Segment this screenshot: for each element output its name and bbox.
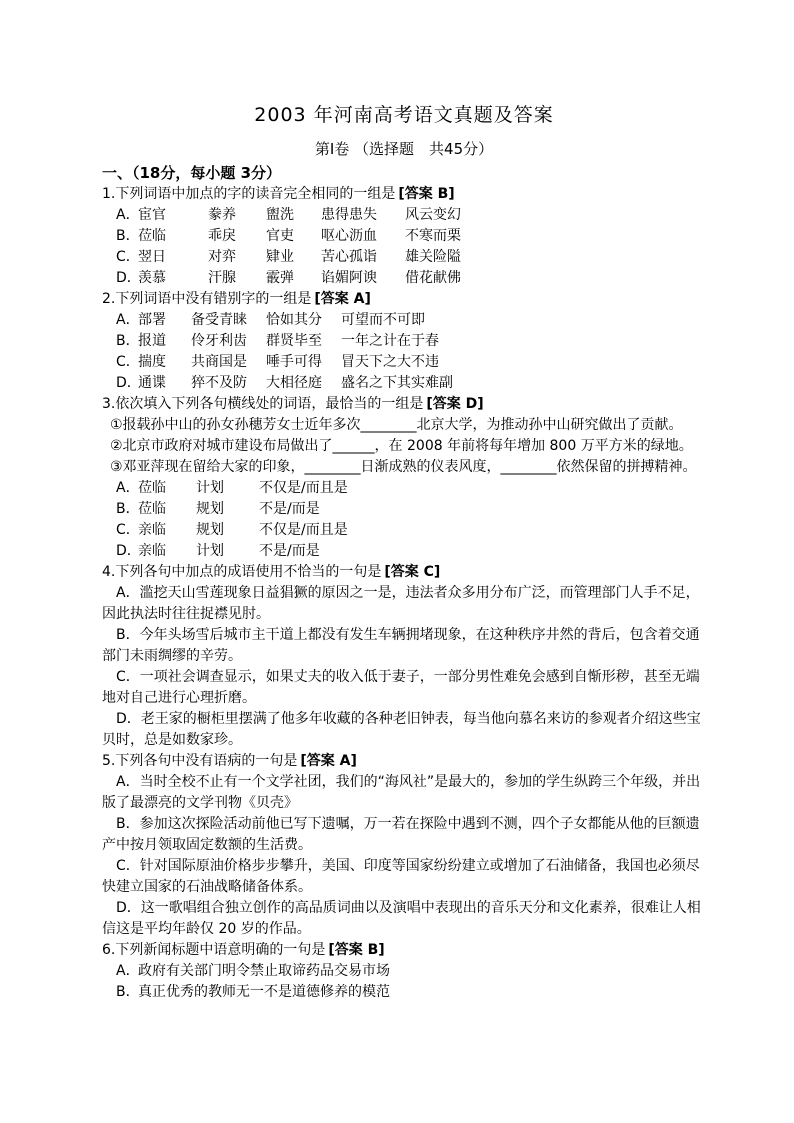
option-label: C． — [116, 669, 140, 685]
option-label: D． — [116, 373, 138, 394]
option-text: 真正优秀的教师无一不是道德修养的模范 — [138, 982, 390, 1003]
option-paragraph-b: B．今年头场雪后城市主干道上都没有发生车辆拥堵现象，在这种秩序井然的背后，包含着… — [102, 625, 706, 667]
option-label: D． — [116, 268, 138, 289]
option-word: 盥洗 — [266, 205, 321, 226]
option-word: 借花献佛 — [405, 268, 461, 289]
option-word: 可望而不可即 — [341, 310, 425, 331]
option-label: B． — [116, 816, 140, 832]
option-word: 计划 — [196, 478, 259, 499]
question-4-stem: 4.下列各句中加点的成语使用不恰当的一句是[答案 C] — [102, 562, 706, 583]
option-row-d: D．亲临计划不是/而是 — [102, 541, 706, 562]
option-paragraph-c: C．针对国际原油价格步步攀升，美国、印度等国家纷纷建立或增加了石油储备，我国也必… — [102, 856, 706, 898]
option-label: C． — [116, 858, 140, 874]
option-word: 部署 — [138, 310, 191, 331]
option-paragraph-b: B．参加这次探险活动前他已写下遗嘱，万一若在探险中遇到不测，四个子女都能从他的巨… — [102, 814, 706, 856]
option-word: 羡慕 — [138, 268, 208, 289]
option-text: 今年头场雪后城市主干道上都没有发生车辆拥堵现象，在这种秩序井然的背后，包含着交通… — [102, 627, 700, 664]
stem-text: 1.下列词语中加点的字的读音完全相同的一组是 — [102, 186, 395, 202]
option-row-d: D．羡慕汗腺霰弹谄媚阿谀借花献佛 — [102, 268, 706, 289]
option-word: 官吏 — [266, 226, 321, 247]
option-word: 莅临 — [138, 226, 208, 247]
option-paragraph-d: D．老王家的橱柜里摆满了他多年收藏的各种老旧钟表，每当他向慕名来访的参观者介绍这… — [102, 709, 706, 751]
option-word: 对弈 — [208, 247, 266, 268]
option-word: 雄关险隘 — [405, 247, 461, 268]
option-word: 唾手可得 — [266, 352, 341, 373]
answer-badge: [答案 D] — [426, 396, 483, 412]
option-word: 宦官 — [138, 205, 208, 226]
option-word: 豢养 — [208, 205, 266, 226]
option-word: 猝不及防 — [191, 373, 266, 394]
option-label: C． — [116, 352, 138, 373]
option-label: B． — [116, 331, 138, 352]
option-word: 规划 — [196, 520, 259, 541]
option-word: 不寒而栗 — [405, 226, 461, 247]
option-text: 参加这次探险活动前他已写下遗嘱，万一若在探险中遇到不测，四个子女都能从他的巨额遗… — [102, 816, 700, 853]
question-2-stem: 2.下列词语中没有错别字的一组是[答案 A] — [102, 289, 706, 310]
option-paragraph-c: C．一项社会调查显示，如果丈夫的收入低于妻子，一部分男性难免会感到自惭形秽，甚至… — [102, 667, 706, 709]
option-word: 苦心孤诣 — [321, 247, 405, 268]
sub-item-1: ①报载孙中山的孙女孙穗芳女士近年多次________北京大学，为推动孙中山研究做… — [102, 415, 706, 436]
stem-text: 4.下列各句中加点的成语使用不恰当的一句是 — [102, 564, 381, 580]
option-word: 乖戾 — [208, 226, 266, 247]
option-label: D． — [116, 541, 138, 562]
option-paragraph-d: D．这一歌唱组合独立创作的高品质词曲以及演唱中表现出的音乐天分和文化素养，很难让… — [102, 898, 706, 940]
stem-text: 2.下列词语中没有错别字的一组是 — [102, 291, 311, 307]
sub-item-3: ③邓亚萍现在留给大家的印象，________日渐成熟的仪表风度，________… — [102, 457, 706, 478]
option-label: B． — [116, 226, 138, 247]
option-word: 肄业 — [266, 247, 321, 268]
option-word: 通谍 — [138, 373, 191, 394]
option-word: 亲临 — [138, 541, 196, 562]
question-3-stem: 3.依次填入下列各句横线处的词语，最恰当的一组是[答案 D] — [102, 394, 706, 415]
option-word: 备受青睐 — [191, 310, 266, 331]
option-row-a: A．宦官豢养盥洗患得患失风云变幻 — [102, 205, 706, 226]
option-row-c: C．翌日对弈肄业苦心孤诣雄关险隘 — [102, 247, 706, 268]
option-label: B． — [116, 982, 138, 1003]
option-word: 呕心沥血 — [321, 226, 405, 247]
option-text: 针对国际原油价格步步攀升，美国、印度等国家纷纷建立或增加了石油储备，我国也必须尽… — [102, 858, 700, 895]
option-row-c: C．亲临规划不仅是/而且是 — [102, 520, 706, 541]
option-paragraph-a: A．当时全校不止有一个文学社团，我们的“海风社”是最大的，参加的学生纵跨三个年级… — [102, 772, 706, 814]
option-text: 一项社会调查显示，如果丈夫的收入低于妻子，一部分男性难免会感到自惭形秽，甚至无端… — [102, 669, 700, 706]
option-text: 老王家的橱柜里摆满了他多年收藏的各种老旧钟表，每当他向慕名来访的参观者介绍这些宝… — [102, 711, 701, 748]
question-1-stem: 1.下列词语中加点的字的读音完全相同的一组是[答案 B] — [102, 184, 706, 205]
question-5-stem: 5.下列各句中没有语病的一句是[答案 A] — [102, 751, 706, 772]
option-label: A． — [116, 205, 138, 226]
document-content: 2003 年河南高考语文真题及答案 第Ⅰ卷 （选择题 共45分） 一、（18分，… — [102, 103, 706, 1003]
option-word: 患得患失 — [321, 205, 405, 226]
answer-badge: [答案 A] — [300, 753, 357, 769]
option-row-d: D．通谍猝不及防大相径庭盛名之下其实难副 — [102, 373, 706, 394]
section-heading: 一、（18分，每小题 3分） — [102, 163, 706, 184]
option-row-b: B．莅临规划不是/而是 — [102, 499, 706, 520]
option-word: 莅临 — [138, 478, 196, 499]
option-word: 共商国是 — [191, 352, 266, 373]
answer-badge: [答案 B] — [328, 942, 384, 958]
option-word: 汗腺 — [208, 268, 266, 289]
option-word: 不是/而是 — [259, 499, 320, 520]
option-word: 群贤毕至 — [266, 331, 341, 352]
stem-text: 3.依次填入下列各句横线处的词语，最恰当的一组是 — [102, 396, 423, 412]
question-3: 3.依次填入下列各句横线处的词语，最恰当的一组是[答案 D] ①报载孙中山的孙女… — [102, 394, 706, 562]
option-text: 滥挖天山雪莲现象日益猖獗的原因之一是，违法者众多用分布广泛，而管理部门人手不足，… — [102, 585, 700, 622]
option-row-a: A．莅临计划不仅是/而且是 — [102, 478, 706, 499]
option-label: A． — [116, 961, 138, 982]
option-word: 霰弹 — [266, 268, 321, 289]
option-paragraph-a: A．滥挖天山雪莲现象日益猖獗的原因之一是，违法者众多用分布广泛，而管理部门人手不… — [102, 583, 706, 625]
option-row-a: A．部署备受青睐恰如其分可望而不可即 — [102, 310, 706, 331]
option-word: 不是/而是 — [259, 541, 320, 562]
page-title: 2003 年河南高考语文真题及答案 — [102, 103, 706, 128]
option-word: 规划 — [196, 499, 259, 520]
question-6: 6.下列新闻标题中语意明确的一句是[答案 B] A．政府有关部门明令禁止取谛药品… — [102, 940, 706, 1003]
option-word: 风云变幻 — [405, 205, 461, 226]
option-word: 揣度 — [138, 352, 191, 373]
answer-badge: [答案 B] — [398, 186, 454, 202]
option-label: A． — [116, 310, 138, 331]
option-row-b: B．真正优秀的教师无一不是道德修养的模范 — [102, 982, 706, 1003]
option-label: B． — [116, 499, 138, 520]
option-word: 大相径庭 — [266, 373, 341, 394]
option-row-b: B．莅临乖戾官吏呕心沥血不寒而栗 — [102, 226, 706, 247]
option-text: 政府有关部门明令禁止取谛药品交易市场 — [138, 961, 390, 982]
stem-text: 6.下列新闻标题中语意明确的一句是 — [102, 942, 325, 958]
option-word: 亲临 — [138, 520, 196, 541]
question-1: 1.下列词语中加点的字的读音完全相同的一组是[答案 B] A．宦官豢养盥洗患得患… — [102, 184, 706, 289]
option-text: 这一歌唱组合独立创作的高品质词曲以及演唱中表现出的音乐天分和文化素养，很难让人相… — [102, 900, 701, 937]
stem-text: 5.下列各句中没有语病的一句是 — [102, 753, 297, 769]
answer-badge: [答案 C] — [384, 564, 440, 580]
volume-subtitle: 第Ⅰ卷 （选择题 共45分） — [102, 139, 706, 160]
question-2: 2.下列词语中没有错别字的一组是[答案 A] A．部署备受青睐恰如其分可望而不可… — [102, 289, 706, 394]
question-6-stem: 6.下列新闻标题中语意明确的一句是[答案 B] — [102, 940, 706, 961]
answer-badge: [答案 A] — [314, 291, 371, 307]
option-word: 伶牙利齿 — [191, 331, 266, 352]
option-label: A． — [116, 478, 138, 499]
question-5: 5.下列各句中没有语病的一句是[答案 A] A．当时全校不止有一个文学社团，我们… — [102, 751, 706, 940]
document-page: 2003 年河南高考语文真题及答案 第Ⅰ卷 （选择题 共45分） 一、（18分，… — [0, 0, 794, 1123]
option-word: 莅临 — [138, 499, 196, 520]
option-word: 一年之计在于春 — [341, 331, 439, 352]
option-label: B． — [116, 627, 140, 643]
option-label: D． — [116, 900, 141, 916]
option-label: C． — [116, 247, 138, 268]
option-word: 不仅是/而且是 — [259, 478, 348, 499]
option-label: C． — [116, 520, 138, 541]
option-row-a: A．政府有关部门明令禁止取谛药品交易市场 — [102, 961, 706, 982]
option-text: 当时全校不止有一个文学社团，我们的“海风社”是最大的，参加的学生纵跨三个年级，并… — [102, 774, 700, 811]
option-row-b: B．报道伶牙利齿群贤毕至一年之计在于春 — [102, 331, 706, 352]
option-word: 盛名之下其实难副 — [341, 373, 453, 394]
option-word: 计划 — [196, 541, 259, 562]
option-word: 报道 — [138, 331, 191, 352]
option-word: 谄媚阿谀 — [321, 268, 405, 289]
option-label: D． — [116, 711, 141, 727]
option-word: 冒天下之大不违 — [341, 352, 439, 373]
option-word: 翌日 — [138, 247, 208, 268]
option-word: 恰如其分 — [266, 310, 341, 331]
sub-item-2: ②北京市政府对城市建设布局做出了______，在 2008 年前将每年增加 80… — [102, 436, 706, 457]
question-4: 4.下列各句中加点的成语使用不恰当的一句是[答案 C] A．滥挖天山雪莲现象日益… — [102, 562, 706, 751]
option-row-c: C．揣度共商国是唾手可得冒天下之大不违 — [102, 352, 706, 373]
option-label: A． — [116, 585, 140, 601]
option-word: 不仅是/而且是 — [259, 520, 348, 541]
option-label: A． — [116, 774, 140, 790]
